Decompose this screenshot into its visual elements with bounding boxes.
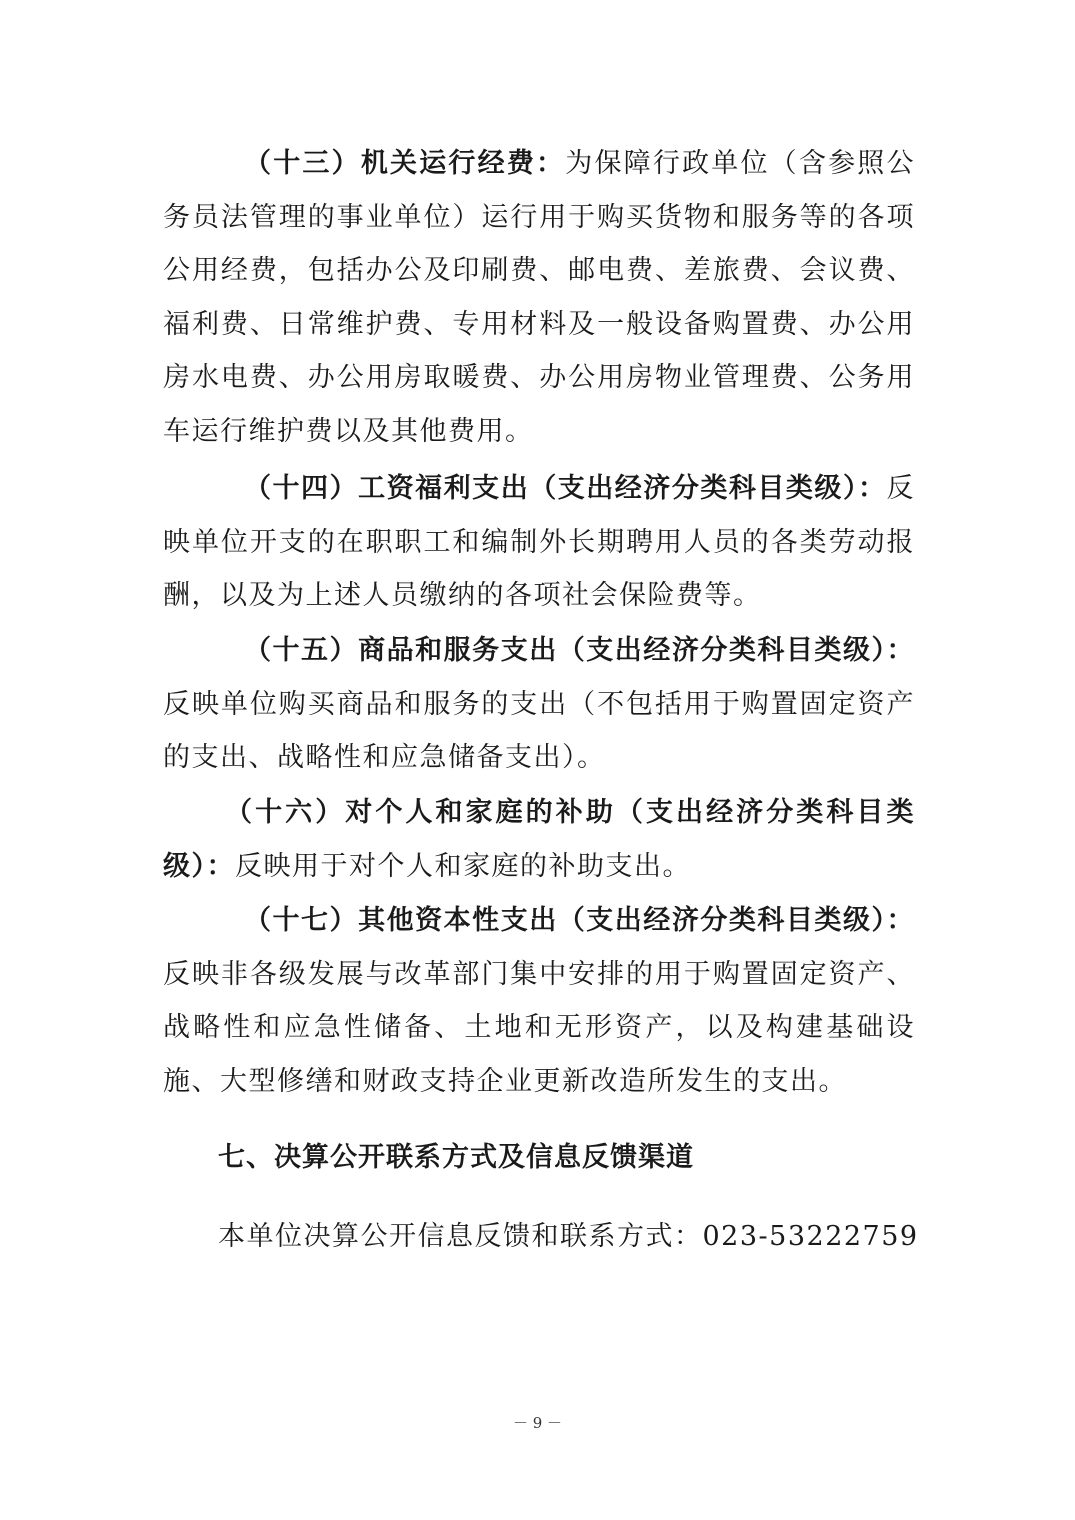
section-heading: 七、决算公开联系方式及信息反馈渠道 bbox=[218, 1135, 694, 1174]
paragraph-lead: （十五）商品和服务支出（支出经济分类科目类级）： bbox=[244, 635, 915, 666]
paragraph-14: （十四）工资福利支出（支出经济分类科目类级）：反映单位开支的在职职工和编制外长期… bbox=[163, 462, 915, 623]
paragraph-text: 反映非各级发展与改革部门集中安排的用于购置固定资产、战略性和应急性储备、土地和无… bbox=[163, 959, 915, 1097]
paragraph-lead: （十三）机关运行经费： bbox=[244, 148, 565, 179]
paragraph-15: （十五）商品和服务支出（支出经济分类科目类级）：反映单位购买商品和服务的支出（不… bbox=[163, 624, 915, 785]
page-number: － 9 － bbox=[0, 1412, 1075, 1433]
paragraph-lead: （十四）工资福利支出（支出经济分类科目类级）： bbox=[244, 473, 887, 504]
document-page: （十三）机关运行经费：为保障行政单位（含参照公务员法管理的事业单位）运行用于购买… bbox=[0, 0, 1075, 1520]
paragraph-text: 反映用于对个人和家庭的补助支出。 bbox=[235, 851, 691, 882]
contact-line: 本单位决算公开信息反馈和联系方式：023-53222759 bbox=[218, 1214, 919, 1253]
paragraph-13: （十三）机关运行经费：为保障行政单位（含参照公务员法管理的事业单位）运行用于购买… bbox=[163, 137, 915, 458]
paragraph-text: 为保障行政单位（含参照公务员法管理的事业单位）运行用于购买货物和服务等的各项公用… bbox=[163, 148, 915, 447]
paragraph-17: （十七）其他资本性支出（支出经济分类科目类级）：反映非各级发展与改革部门集中安排… bbox=[163, 894, 915, 1108]
paragraph-16: （十六）对个人和家庭的补助（支出经济分类科目类级）：反映用于对个人和家庭的补助支… bbox=[163, 786, 915, 893]
paragraph-text: 反映单位购买商品和服务的支出（不包括用于购置固定资产的支出、战略性和应急储备支出… bbox=[163, 689, 915, 774]
paragraph-lead: （十七）其他资本性支出（支出经济分类科目类级）： bbox=[244, 905, 915, 936]
